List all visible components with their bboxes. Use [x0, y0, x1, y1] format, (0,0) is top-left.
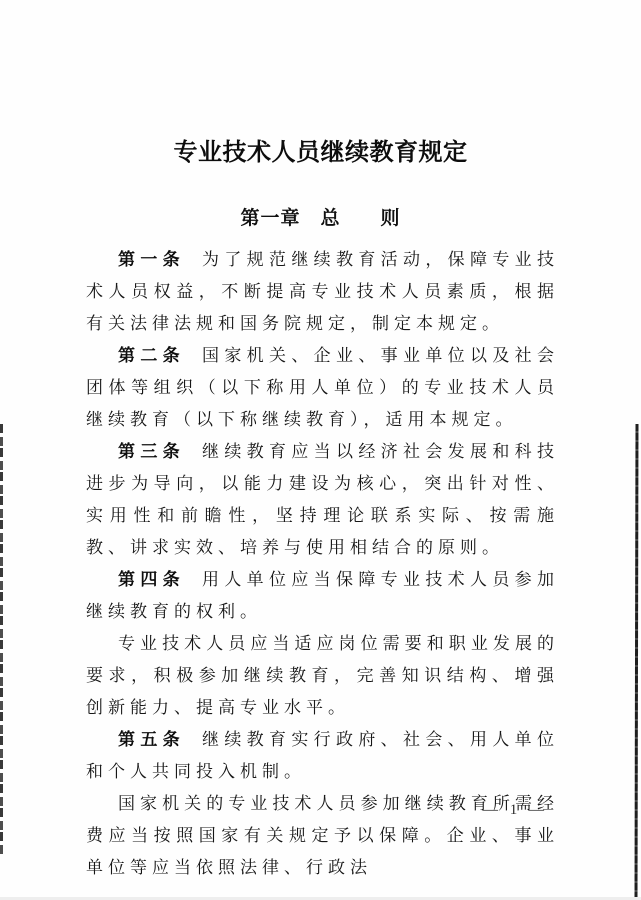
document-title: 专业技术人员继续教育规定 — [0, 137, 641, 169]
paragraph-article-2: 第二条国家机关、企业、事业单位以及社会团体等组织（以下称用人单位）的专业技术人员… — [86, 340, 559, 436]
scan-artifact-right-line — [635, 424, 639, 900]
paragraph-article-1: 第一条为了规范继续教育活动，保障专业技术人员权益，不断提高专业技术人员素质，根据… — [86, 244, 559, 340]
scan-artifact-left-line — [0, 424, 3, 856]
chapter-heading: 第一章 总 则 — [0, 206, 641, 232]
paragraph-article-4-continuation: 专业技术人员应当适应岗位需要和职业发展的要求，积极参加继续教育，完善知识结构、增… — [86, 628, 559, 724]
page-number: — 1 — — [483, 801, 548, 819]
article-number: 第五条 — [118, 730, 185, 749]
paragraph-article-3: 第三条继续教育应当以经济社会发展和科技进步为导向，以能力建设为核心，突出针对性、… — [86, 436, 559, 564]
article-number: 第一条 — [118, 250, 185, 269]
document-page: 专业技术人员继续教育规定 第一章 总 则 第一条为了规范继续教育活动，保障专业技… — [0, 0, 641, 900]
paragraph-article-5: 第五条继续教育实行政府、社会、用人单位和个人共同投入机制。 — [86, 724, 559, 788]
document-body: 第一条为了规范继续教育活动，保障专业技术人员权益，不断提高专业技术人员素质，根据… — [86, 244, 559, 884]
article-number: 第三条 — [118, 442, 185, 461]
article-number: 第二条 — [118, 346, 185, 365]
paragraph-text: 专业技术人员应当适应岗位需要和职业发展的要求，积极参加继续教育，完善知识结构、增… — [86, 634, 559, 717]
paragraph-article-4: 第四条用人单位应当保障专业技术人员参加继续教育的权利。 — [86, 564, 559, 628]
article-number: 第四条 — [118, 570, 185, 589]
